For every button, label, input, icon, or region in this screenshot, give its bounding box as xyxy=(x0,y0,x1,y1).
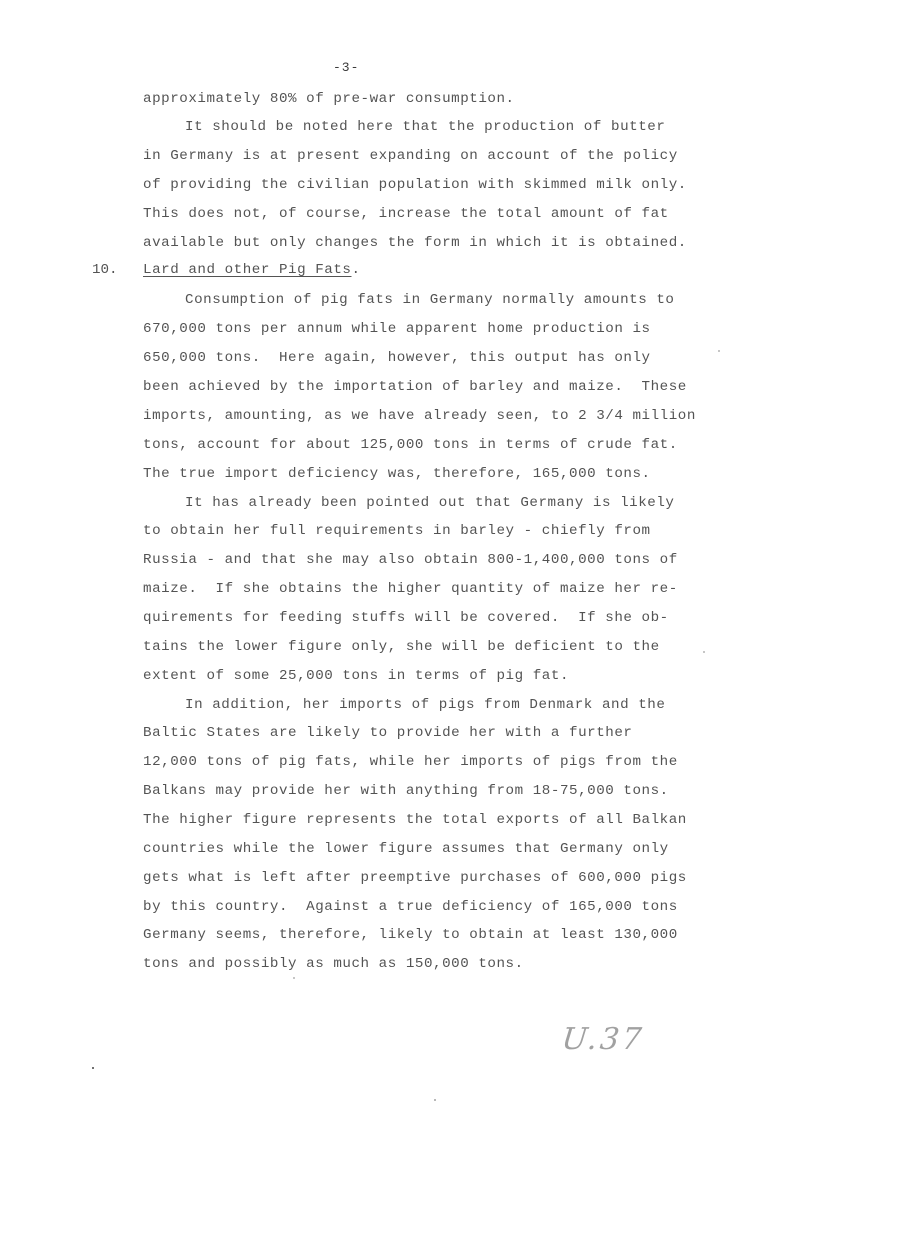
text-line: Russia - and that she may also obtain 80… xyxy=(143,551,678,569)
scan-speck xyxy=(718,350,720,352)
text-line: in Germany is at present expanding on ac… xyxy=(143,147,678,165)
text-line: by this country. Against a true deficien… xyxy=(143,898,678,916)
scan-speck xyxy=(92,1067,94,1069)
document-page: -3- approximately 80% of pre-war consump… xyxy=(0,0,900,1254)
section-number: 10. xyxy=(92,262,118,278)
text-line: This does not, of course, increase the t… xyxy=(143,205,669,223)
section-title-period: . xyxy=(351,262,360,278)
text-line: maize. If she obtains the higher quantit… xyxy=(143,580,678,598)
section-heading: Lard and other Pig Fats. xyxy=(143,262,361,278)
section-title: Lard and other Pig Fats xyxy=(143,262,351,278)
text-line: tons, account for about 125,000 tons in … xyxy=(143,436,678,454)
text-line: Baltic States are likely to provide her … xyxy=(143,724,632,742)
text-line: available but only changes the form in w… xyxy=(143,234,687,252)
text-line: Germany seems, therefore, likely to obta… xyxy=(143,926,678,944)
text-line: tons and possibly as much as 150,000 ton… xyxy=(143,955,524,973)
handwritten-annotation: U.37 xyxy=(560,1022,646,1057)
page-number: -3- xyxy=(333,60,359,75)
text-line: 670,000 tons per annum while apparent ho… xyxy=(143,320,651,338)
scan-speck xyxy=(434,1099,436,1101)
text-line: It has already been pointed out that Ger… xyxy=(185,494,674,512)
scan-speck xyxy=(703,651,705,653)
text-line: In addition, her imports of pigs from De… xyxy=(185,696,665,714)
text-line: quirements for feeding stuffs will be co… xyxy=(143,609,669,627)
text-line: tains the lower figure only, she will be… xyxy=(143,638,660,656)
text-line: The higher figure represents the total e… xyxy=(143,811,687,829)
text-line: 12,000 tons of pig fats, while her impor… xyxy=(143,753,678,771)
text-line: approximately 80% of pre-war consumption… xyxy=(143,90,515,108)
text-line: gets what is left after preemptive purch… xyxy=(143,869,687,887)
text-line: imports, amounting, as we have already s… xyxy=(143,407,696,425)
text-line: extent of some 25,000 tons in terms of p… xyxy=(143,667,569,685)
text-line: been achieved by the importation of barl… xyxy=(143,378,687,396)
text-line: Consumption of pig fats in Germany norma… xyxy=(185,291,674,309)
text-line: It should be noted here that the product… xyxy=(185,118,665,136)
text-line: of providing the civilian population wit… xyxy=(143,176,687,194)
text-line: The true import deficiency was, therefor… xyxy=(143,465,651,483)
text-line: to obtain her full requirements in barle… xyxy=(143,522,651,540)
scan-speck xyxy=(293,977,295,979)
text-line: Balkans may provide her with anything fr… xyxy=(143,782,669,800)
text-line: 650,000 tons. Here again, however, this … xyxy=(143,349,651,367)
text-line: countries while the lower figure assumes… xyxy=(143,840,669,858)
